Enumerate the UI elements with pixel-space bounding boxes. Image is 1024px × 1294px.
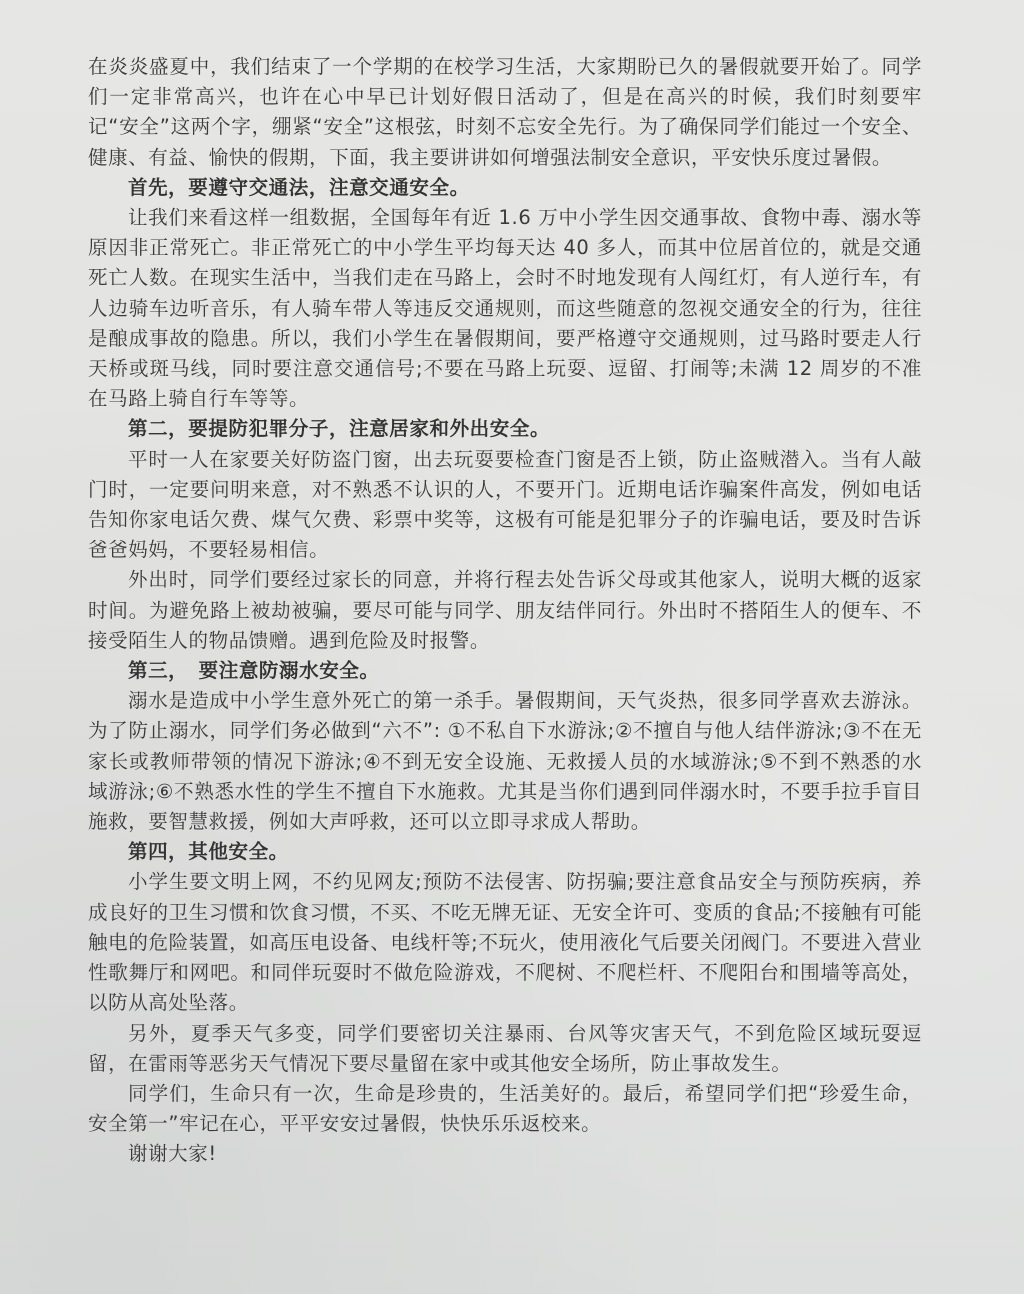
- weather-paragraph: 另外，夏季天气多变，同学们要密切关注暴雨、台风等灾害天气，不到危险区域玩耍逗留，…: [88, 1019, 922, 1079]
- section-heading-crime: 第二，要提防犯罪分子，注意居家和外出安全。: [88, 414, 922, 444]
- section-heading-drowning: 第三， 要注意防溺水安全。: [88, 656, 922, 686]
- conclusion-paragraph: 同学们，生命只有一次，生命是珍贵的，生活美好的。最后，希望同学们把“珍爱生命，安…: [88, 1079, 922, 1139]
- traffic-paragraph: 让我们来看这样一组数据，全国每年有近 1.6 万中小学生因交通事故、食物中毒、溺…: [88, 203, 922, 414]
- other-safety-paragraph: 小学生要文明上网，不约见网友;预防不法侵害、防拐骗;要注意食品安全与预防疾病，养…: [88, 867, 922, 1018]
- outing-safety-paragraph: 外出时，同学们要经过家长的同意，并将行程去处告诉父母或其他家人，说明大概的返家时…: [88, 565, 922, 656]
- speech-document: 在炎炎盛夏中，我们结束了一个学期的在校学习生活，大家期盼已久的暑假就要开始了。同…: [88, 52, 922, 1170]
- home-safety-paragraph: 平时一人在家要关好防盗门窗，出去玩耍要检查门窗是否上锁，防止盗贼潜入。当有人敲门…: [88, 445, 922, 566]
- section-heading-traffic: 首先，要遵守交通法，注意交通安全。: [88, 173, 922, 203]
- closing-thanks: 谢谢大家!: [88, 1139, 922, 1169]
- drowning-paragraph: 溺水是造成中小学生意外死亡的第一杀手。暑假期间，天气炎热，很多同学喜欢去游泳。为…: [88, 686, 922, 837]
- section-heading-other: 第四，其他安全。: [88, 837, 922, 867]
- intro-paragraph: 在炎炎盛夏中，我们结束了一个学期的在校学习生活，大家期盼已久的暑假就要开始了。同…: [88, 52, 922, 173]
